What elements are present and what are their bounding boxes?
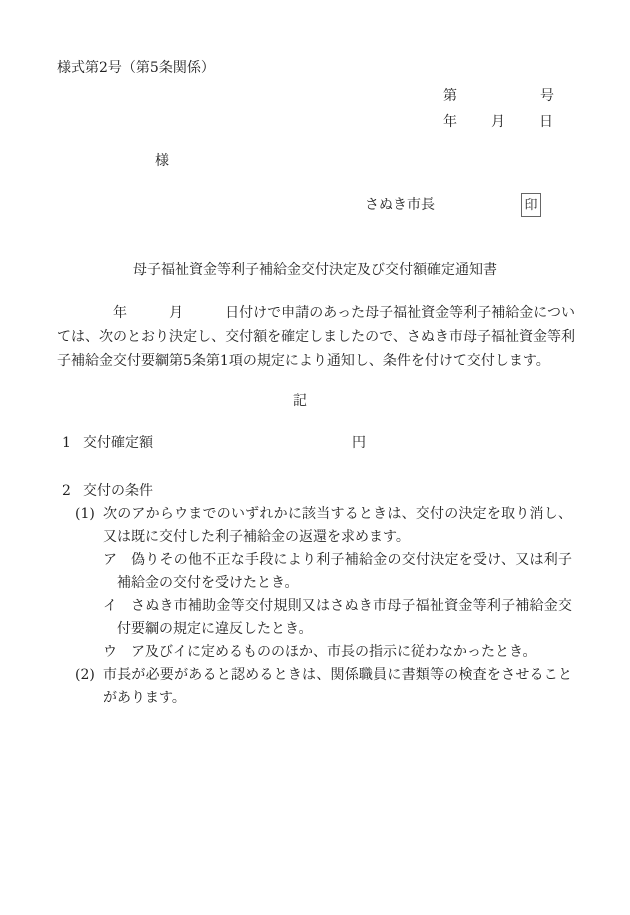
condition-2-number: (2) [75, 664, 103, 710]
condition-2: (2) 市長が必要があると認めるときは、関係職員に書類等の検査をさせることがあり… [75, 664, 572, 710]
document-title: 母子福祉資金等利子補給金交付決定及び交付額確定通知書 [0, 259, 630, 282]
condition-1-item-u: ウ ア及びイに定めるもののほか、市長の指示に従わなかったとき。 [103, 641, 572, 664]
sender-line: さぬき市長 印 [365, 192, 541, 218]
document-number-line: 第 号 [443, 85, 554, 108]
condition-1-item-i-number: イ [103, 595, 117, 641]
item2-number: 2 [62, 480, 83, 503]
condition-1-item-u-number: ウ [103, 641, 117, 664]
condition-1-item-a-text: 偽りその他不正な手段により利子補給金の交付決定を受け、又は利子補給金の交付を受け… [117, 549, 572, 595]
condition-1-item-i-text: さぬき市補助金等交付規則又はさぬき市母子福祉資金等利子補給金交付要綱の規定に違反… [117, 595, 572, 641]
item-grant-confirmed-amount: 1 交付確定額 円 [62, 432, 366, 455]
addressee-suffix: 様 [155, 150, 169, 173]
condition-1-item-u-text: ア及びイに定めるもののほか、市長の指示に従わなかったとき。 [117, 641, 572, 664]
condition-1: (1) 次のアからウまでのいずれかに該当するときは、交付の決定を取り消し、又は既… [75, 503, 572, 549]
item2-label: 交付の条件 [83, 480, 153, 503]
item1-number: 1 [62, 432, 83, 455]
document-page: 様式第2号（第5条関係） 第 号 年 月 日 様 さぬき市長 印 母子福祉資金等… [0, 0, 630, 915]
record-marker: 記 [0, 390, 600, 413]
item1-label: 交付確定額 [83, 432, 153, 455]
seal-mark: 印 [521, 193, 541, 217]
condition-1-text: 次のアからウまでのいずれかに該当するときは、交付の決定を取り消し、又は既に交付し… [103, 503, 572, 549]
sender-title: さぬき市長 [365, 194, 435, 217]
condition-2-text: 市長が必要があると認めるときは、関係職員に書類等の検査をさせることがあります。 [103, 664, 572, 710]
form-number-label: 様式第2号（第5条関係） [57, 57, 215, 80]
conditions-list: (1) 次のアからウまでのいずれかに該当するときは、交付の決定を取り消し、又は既… [75, 503, 572, 710]
item-grant-conditions: 2 交付の条件 [62, 480, 153, 503]
condition-1-item-i: イ さぬき市補助金等交付規則又はさぬき市母子福祉資金等利子補給金交付要綱の規定に… [103, 595, 572, 641]
date-line: 年 月 日 [443, 111, 553, 134]
condition-1-number: (1) [75, 503, 103, 549]
date-month-label: 月 [491, 111, 505, 134]
date-year-label: 年 [443, 111, 457, 134]
item1-currency-unit: 円 [352, 432, 366, 455]
condition-1-item-a: ア 偽りその他不正な手段により利子補給金の交付決定を受け、又は利子補給金の交付を… [103, 549, 572, 595]
date-day-label: 日 [539, 111, 553, 134]
body-paragraph: 年 月 日付けで申請のあった母子福祉資金等利子補給金については、次のとおり決定し… [57, 301, 575, 373]
document-number-suffix: 号 [540, 85, 554, 108]
condition-1-item-a-number: ア [103, 549, 117, 595]
document-number-prefix: 第 [443, 85, 457, 108]
